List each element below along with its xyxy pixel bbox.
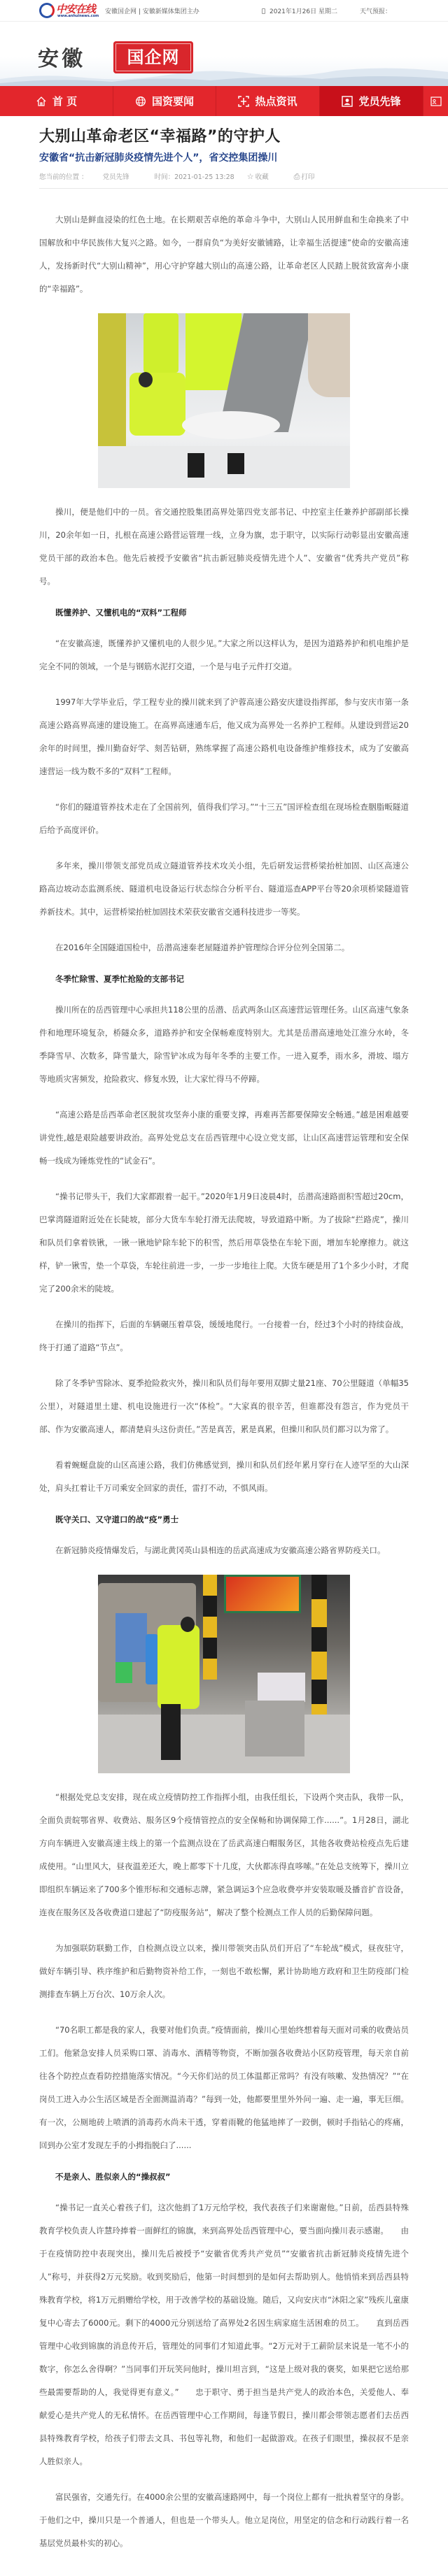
site-title-seal[interactable]: 国企网 [113,41,193,73]
paragraph: 在新冠肺炎疫情爆发后，与湖北黄冈英山县相连的岳武高速成为安徽高速公路省界防疫关口… [39,1539,409,1562]
logo-url: www.anhuinews.com [57,14,99,18]
current-date: 2021年1月26日 星期二 [262,6,337,15]
figure [39,1575,409,1773]
article-subhead: 安徽省“抗击新冠肺炎疫情先进个人”，省交控集团操川 [39,151,409,165]
paragraph: 为加强联防联勤工作，自检测点设立以来，操川带领突击队员们开启了“车轮战”模式，昼… [39,1937,409,2006]
paragraph: 除了冬季铲雪除冰、夏季抢险救灾外，操川和队员们每年要用双脚丈量21座、70公里隧… [39,1372,409,1441]
paragraph: “你们的隧道管养技术走在了全国前列，值得我们学习。”“十三五”国评检查组在现场检… [39,796,409,842]
article-body: 大别山是鲜血浸染的红色土地。在长期艰苦卓绝的革命斗争中，大别山人民用鲜血和生命换… [39,208,409,2555]
phone-icon [262,8,265,14]
section-heading: 既守关口、又守道口的战“疫”勇士 [39,1512,409,1526]
person-badge-icon [342,96,353,107]
paragraph: 大别山是鲜血浸染的红色土地。在长期艰苦卓绝的革命斗争中，大别山人民用鲜血和生命换… [39,208,409,301]
nav-label: 首 页 [52,94,77,108]
section-heading: 不是亲人、胜似亲人的“操叔叔” [39,2170,409,2184]
paragraph: 在2016年全国隧道国检中，岳潜高速秦老屋隧道养护管理综合评分位列全国第二。 [39,936,409,959]
article-headline: 大别山革命老区“幸福路”的守护人 [39,127,409,148]
main-nav: 首 页 国资要闻 热点资讯 党员先锋 [0,86,448,116]
paragraph: “70名职工都是我的家人，我要对他们负责。”疫情面前，操川心里始终想着每天面对司… [39,2019,409,2157]
favorite-label: 收藏 [255,173,269,181]
site-title[interactable]: 安徽 [38,41,85,72]
nav-item-home[interactable]: 首 页 [0,86,113,116]
paragraph: “高速公路是岳西革命老区脱贫攻坚奔小康的重要支撑，再难再苦都要保障安全畅通。”越… [39,1103,409,1173]
hot-news-icon [238,96,249,107]
paragraph: 操川，便是他们中的一员。省交通控股集团高界处第四党支部书记、中控室主任兼养护部副… [39,501,409,593]
paragraph: 1997年大学毕业后，学工程专业的操川就来到了沪蓉高速公路安庆建设指挥部，参与安… [39,691,409,783]
breadcrumb-label: 您当前的位置 ： [39,173,88,181]
globe-icon [135,96,146,107]
paragraph: 看着蜿蜒盘旋的山区高速公路，我们仿佛感觉到，操川和队员们经年累月穿行在人迹罕至的… [39,1454,409,1500]
weather-forecast[interactable]: 天气预报： [360,6,391,15]
section-heading: 既懂养护、又懂机电的“双料”工程师 [39,606,409,620]
photo-snow-removal [98,313,350,488]
nav-item-more[interactable] [423,86,448,116]
publish-time: 时间：2021-01-25 13:28 [155,171,234,181]
nav-label: 热点资讯 [255,94,297,108]
paragraph: “根据处党总支安排，现在成立疫情防控工作指挥小组，由我任组长，下设两个突击队，我… [39,1786,409,1924]
nav-label: 国资要闻 [152,94,194,108]
paragraph: “在安徽高速，既懂养护又懂机电的人很少见。”大家之所以这样认为，是因为道路养护和… [39,632,409,678]
paragraph: 操川所在的岳西管理中心承担共118公里的岳潜、岳武两条山区高速营运管理任务。山区… [39,999,409,1091]
bottom-spacer [39,2555,409,2576]
home-icon [36,96,47,107]
site-info: 安徽国企网 | 安徽新媒体集团主办 [105,6,199,15]
nav-item-hot-news[interactable]: 热点资讯 [216,86,320,116]
figure [39,313,409,488]
meta-divider [39,188,448,189]
star-icon: ☆ [247,172,254,181]
paragraph: “操书记带头干，我们大家都跟着一起干。”2020年1月9日凌晨4时，岳潜高速路面… [39,1185,409,1301]
section-heading: 冬季忙除雪、夏季忙抢险的支部书记 [39,972,409,986]
anhuinews-logo[interactable]: 中安在线 www.anhuinews.com [39,1,106,21]
paragraph: 在操川的指挥下，后面的车辆碾压着草袋，缓缓地爬行。一台接着一台，经过3个小时的持… [39,1313,409,1359]
breadcrumb: 您当前的位置 ： 党员先锋 [39,171,142,181]
article: 大别山革命老区“幸福路”的守护人 安徽省“抗击新冠肺炎疫情先进个人”，省交控集团… [0,127,448,2576]
site-banner: 安徽 国企网 [0,22,448,86]
article-meta: 您当前的位置 ： 党员先锋 时间：2021-01-25 13:28 ☆收藏 ⎙打… [39,171,409,182]
photo-toll-disinfection [98,1575,350,1773]
print-label: 打印 [301,173,314,181]
favorite-button[interactable]: ☆收藏 [247,171,281,181]
top-bar: 中安在线 www.anhuinews.com 安徽国企网 | 安徽新媒体集团主办… [0,0,448,22]
print-button[interactable]: ⎙打印 [294,171,328,182]
date-text: 2021年1月26日 星期二 [269,8,337,15]
paragraph: 多年来，操川带领支部党员成立隧道管养技术攻关小组，先后研发运营桥梁抬桩加固、山区… [39,854,409,924]
nav-item-state-news[interactable]: 国资要闻 [113,86,216,116]
breadcrumb-party-pioneer[interactable]: 党员先锋 [103,173,129,181]
printer-icon: ⎙ [294,172,300,181]
contact-card-icon [430,96,442,107]
paragraph: “操书记一直关心着孩子们，这次他捐了1万元给学校，我代表孩子们来谢谢他。”日前，… [39,2196,409,2473]
nav-item-party-pioneer[interactable]: 党员先锋 [320,86,423,116]
logo-mark-icon [39,3,55,18]
paragraph: 富民强省，交通先行。在4000余公里的安徽高速路网中，每一个岗位上都有一批执着坚… [39,2486,409,2555]
nav-label: 党员先锋 [358,94,400,108]
